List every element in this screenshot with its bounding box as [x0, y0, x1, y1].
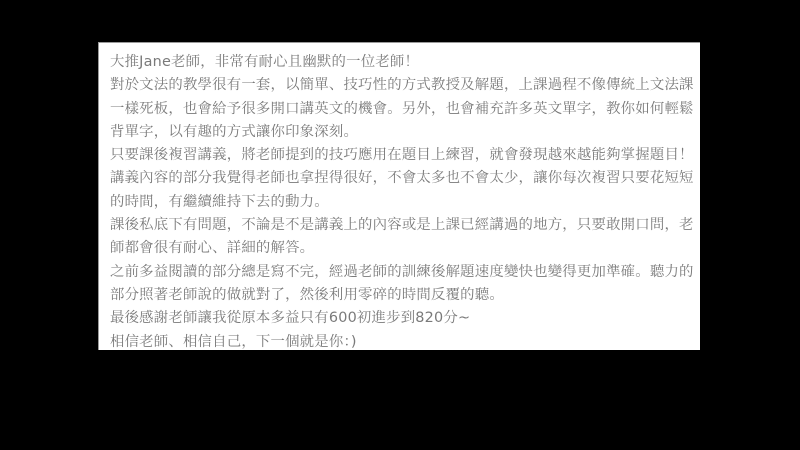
- testimonial-line: 對於文法的教學很有一套，以簡單、技巧性的方式教授及解題，上課過程不像傳統上文法課: [110, 74, 690, 97]
- testimonial-line: 的時間，有繼續維持下去的動力。: [110, 191, 690, 214]
- testimonial-line: 最後感謝老師讓我從原本多益只有600初進步到820分~: [110, 307, 690, 330]
- testimonial-line: 一樣死板，也會給予很多開口講英文的機會。另外，也會補充許多英文單字，教你如何輕鬆: [110, 98, 690, 121]
- testimonial-card: 大推Jane老師，非常有耐心且幽默的一位老師！ 對於文法的教學很有一套，以簡單、…: [98, 42, 700, 350]
- testimonial-line: 課後私底下有問題，不論是不是講義上的內容或是上課已經講過的地方，只要敢開口問，老: [110, 214, 690, 237]
- testimonial-line: 只要課後複習講義，將老師提到的技巧應用在題目上練習，就會發現越來越能夠掌握題目！: [110, 144, 690, 167]
- testimonial-line: 師都會很有耐心、詳細的解答。: [110, 237, 690, 260]
- testimonial-line: 部分照著老師說的做就對了，然後利用零碎的時間反覆的聽。: [110, 284, 690, 307]
- testimonial-line: 之前多益閱讀的部分總是寫不完，經過老師的訓練後解題速度變快也變得更加準確。聽力的: [110, 261, 690, 284]
- testimonial-line: 背單字，以有趣的方式讓你印象深刻。: [110, 121, 690, 144]
- testimonial-line: 講義內容的部分我覺得老師也拿捏得很好，不會太多也不會太少，讓你每次複習只要花短短: [110, 167, 690, 190]
- testimonial-line: 相信老師、相信自己，下一個就是你：): [110, 331, 690, 354]
- testimonial-line: 大推Jane老師，非常有耐心且幽默的一位老師！: [110, 51, 690, 74]
